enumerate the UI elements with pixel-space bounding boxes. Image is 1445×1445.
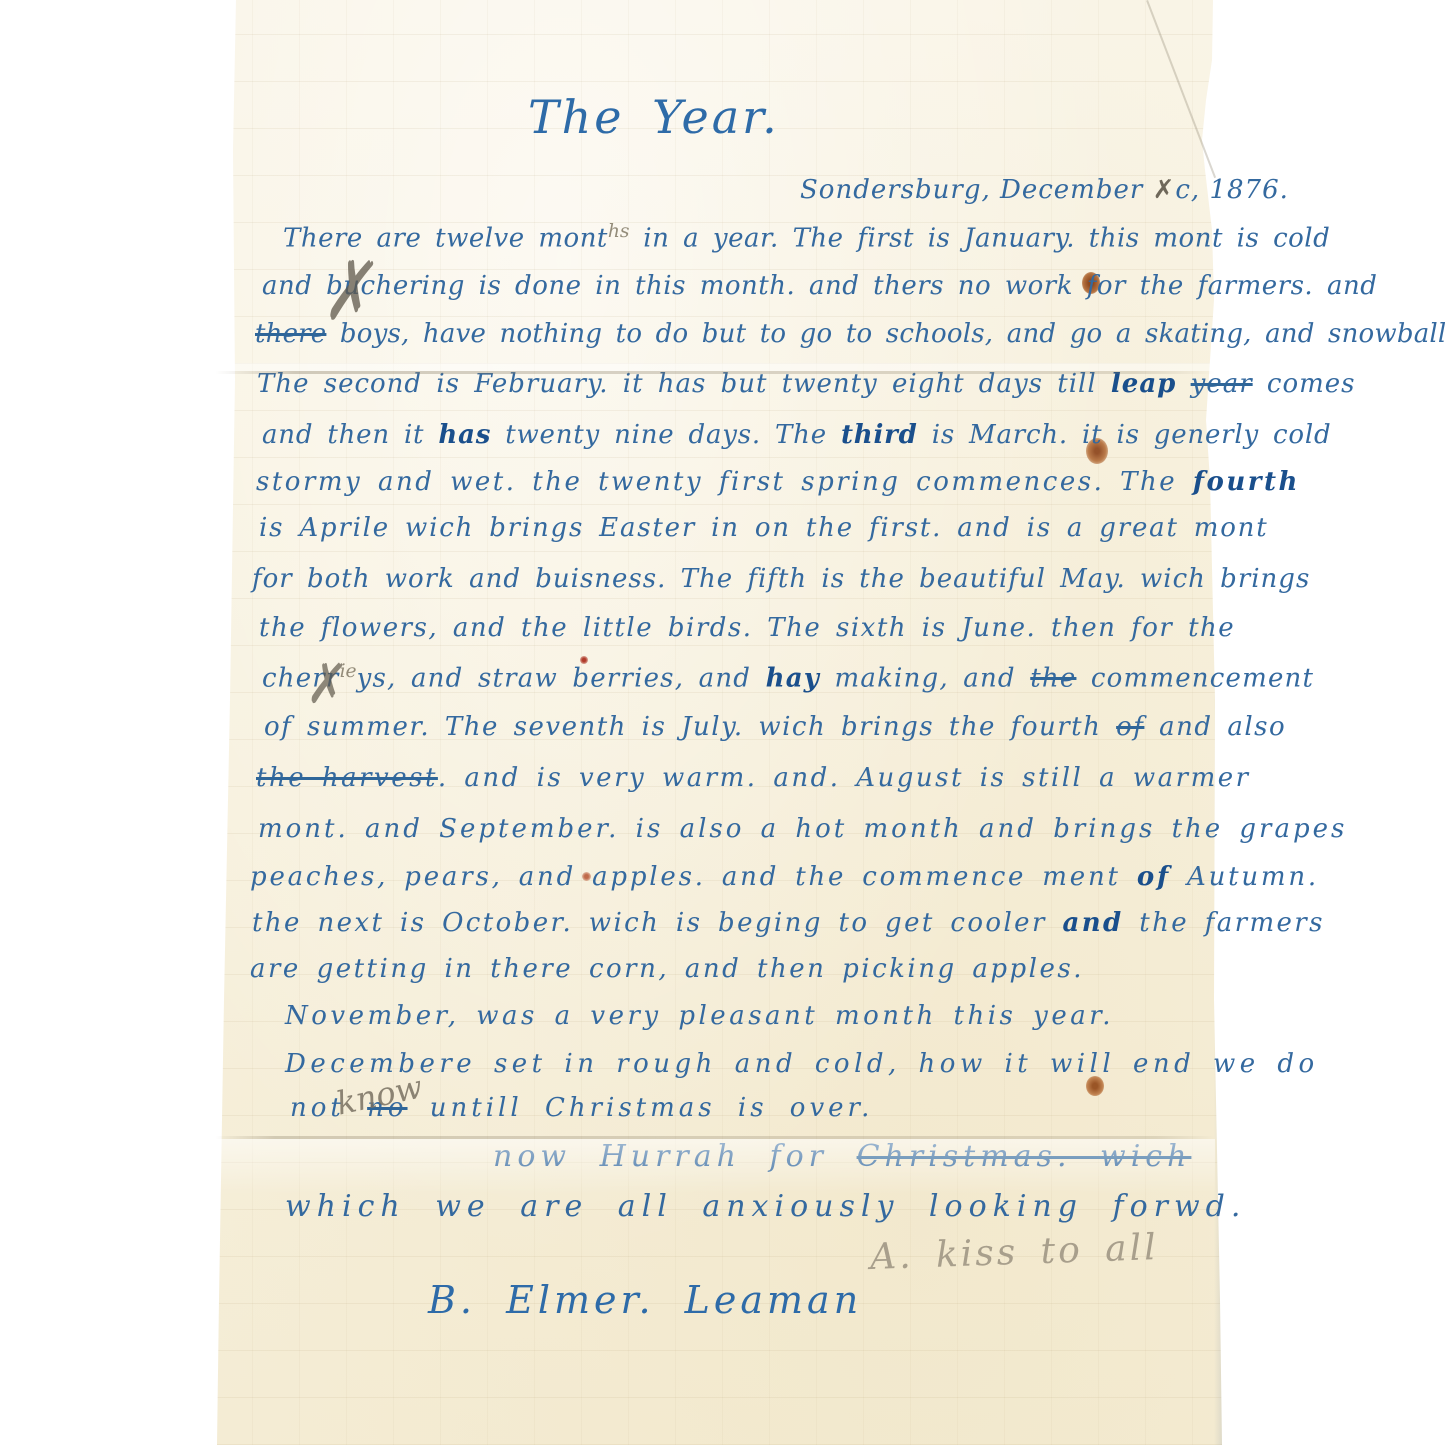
handwriting-segment: are getting in there corn, and then pick… [250, 954, 1084, 984]
handwriting-segment: comes [1253, 369, 1356, 399]
handwriting-segment: commencement [1076, 664, 1314, 694]
letter-line: for both work and buisness. The fifth is… [252, 565, 1310, 594]
handwriting-segment: the harvest [256, 763, 438, 793]
letter-line: Decembere set in rough and cold, how it … [285, 1050, 1319, 1079]
handwriting-segment: The second is February. it has but twent… [257, 369, 1111, 399]
handwriting-segment: and also [1144, 712, 1286, 742]
letter-line: and buchering is done in this month. and… [262, 272, 1377, 301]
handwriting-segment: now Hurrah for [493, 1139, 857, 1174]
handwriting-segment: there [255, 319, 326, 349]
letter-line: mont. and September. is also a hot month… [258, 815, 1347, 844]
handwriting-segment: . and is very warm. and. August is still… [438, 763, 1251, 793]
handwriting-segment: twenty nine days. The [491, 420, 841, 450]
handwriting-segment: hay [766, 664, 820, 694]
letter-line: The second is February. it has but twent… [257, 370, 1356, 399]
handwriting-segment: and buchering is done in this month. and… [262, 271, 1377, 301]
handwriting-segment: third [841, 420, 918, 450]
letter-line: peaches, pears, and apples. and the comm… [250, 863, 1319, 892]
handwriting-segment: has [438, 420, 491, 450]
handwriting-segment [1176, 369, 1190, 399]
handwriting-segment: ys, and straw berries, and [357, 664, 766, 694]
handwriting-segment: making, and [820, 664, 1030, 694]
handwriting-segment: of [1116, 712, 1144, 742]
letter-line: now Hurrah for Christmas. wich [493, 1140, 1191, 1173]
handwriting-segment: the flowers, and the little birds. The s… [259, 613, 1235, 643]
handwriting-segment: for both work and buisness. The fifth is… [252, 564, 1310, 594]
handwriting-segment: fourth [1193, 467, 1300, 497]
letter-line: which we are all anxiously looking forwd… [285, 1190, 1246, 1223]
letter-line: the flowers, and the little birds. The s… [259, 614, 1235, 643]
handwriting-segment: mont. and September. is also a hot month… [258, 814, 1347, 844]
letter-line: and then it has twenty nine days. The th… [262, 421, 1331, 450]
handwriting-segment: of summer. The seventh is July. wich bri… [264, 712, 1116, 742]
signature: B. Elmer. Leaman [428, 1280, 862, 1322]
pencil-annotation: hs [608, 221, 630, 242]
handwriting-segment: of [1137, 862, 1171, 892]
handwriting-segment: Autumn. [1171, 862, 1319, 892]
letter-line: November, was a very pleasant month this… [285, 1002, 1114, 1031]
handwriting-segment: in a year. The first is January. this mo… [630, 224, 1331, 254]
handwriting-segment: the next is October. wich is beging to g… [252, 908, 1062, 938]
handwriting-segment: Christmas. wich [857, 1139, 1192, 1174]
letter-line: the harvest. and is very warm. and. Augu… [256, 764, 1251, 793]
handwriting-segment: stormy and wet. the twenty first spring … [256, 467, 1193, 497]
handwriting-segment: Decembere set in rough and cold, how it … [285, 1049, 1319, 1079]
handwriting-segment: year [1191, 369, 1253, 399]
pencil-x-mark: ✗ [304, 648, 350, 720]
letter-line: cherrieys, and straw berries, and hay ma… [262, 662, 1314, 693]
handwriting-segment: peaches, pears, and apples. and the comm… [250, 862, 1137, 892]
letter-line: of summer. The seventh is July. wich bri… [264, 713, 1286, 742]
handwriting-segment: boys, have nothing to do but to go to sc… [326, 319, 1445, 349]
letter-line: stormy and wet. the twenty first spring … [256, 468, 1300, 497]
handwriting-segment: is March. it is generly cold [918, 420, 1332, 450]
letter-line: are getting in there corn, and then pick… [250, 955, 1084, 984]
handwriting-segment: untill Christmas is over. [408, 1093, 874, 1123]
handwriting-segment: leap [1111, 369, 1176, 399]
letter-line: there boys, have nothing to do but to go… [255, 320, 1445, 349]
letter-body: There are twelve months in a year. The f… [0, 0, 1445, 1445]
handwriting-segment: the [1030, 664, 1076, 694]
handwriting-segment: and then it [262, 420, 438, 450]
handwriting-segment: which we are all anxiously looking forwd… [285, 1189, 1246, 1224]
handwriting-segment: November, was a very pleasant month this… [285, 1001, 1114, 1031]
letter-line: is Aprile wich brings Easter in on the f… [259, 514, 1268, 543]
handwriting-segment: There are twelve mont [283, 224, 608, 254]
letter-line: the next is October. wich is beging to g… [252, 909, 1325, 938]
letter-line: There are twelve months in a year. The f… [283, 222, 1330, 253]
handwriting-segment: is Aprile wich brings Easter in on the f… [259, 513, 1268, 543]
handwriting-segment: and [1062, 908, 1123, 938]
handwriting-segment: the farmers [1124, 908, 1325, 938]
